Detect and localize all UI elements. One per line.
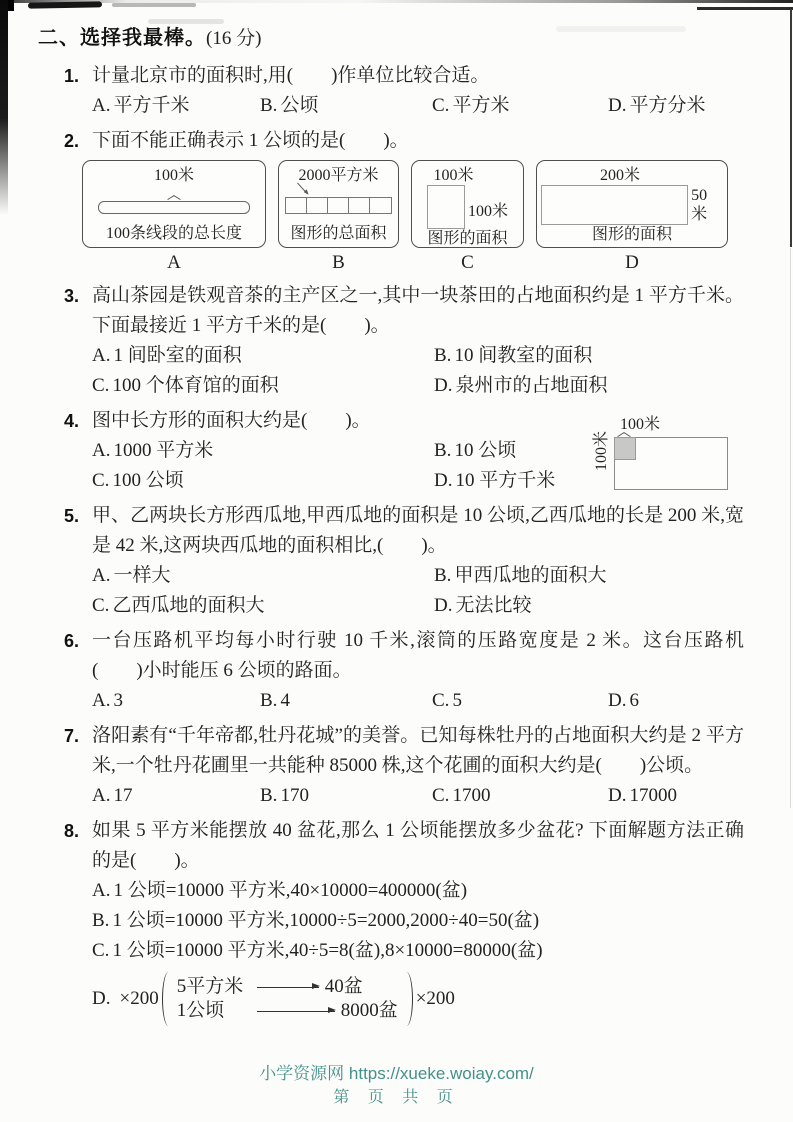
scan-artifact-top-right	[697, 7, 793, 10]
option-label: C.	[432, 95, 449, 116]
diagram-caption: 图形的面积	[592, 225, 672, 244]
option-c: C.100 公顷	[92, 466, 434, 496]
question-2: 2. 下面不能正确表示 1 公顷的是( )。 100米 100条线段的总长度 2…	[64, 126, 744, 276]
option-b: B.170	[260, 781, 432, 811]
option-label: B.	[434, 345, 451, 366]
grid-figure	[285, 197, 392, 214]
worksheet-page: 二、选择我最棒。(16 分) 1. 计量北京市的面积时,用( )作单位比较合适。…	[0, 0, 793, 1122]
option-text: 10 公顷	[454, 440, 516, 461]
scan-artifact-corner	[0, 0, 14, 11]
option-text: 10 平方千米	[455, 470, 555, 491]
question-6: 6. 一台压路机平均每小时行驶 10 千米,滚筒的压路宽度是 2 米。这台压路机…	[64, 626, 744, 716]
question-stem: 计量北京市的面积时,用( )作单位比较合适。	[92, 61, 744, 91]
diagram-letter: D	[536, 250, 728, 276]
question-8: 8. 如果 5 平方米能摆放 40 盆花,那么 1 公顷能摆放多少盆花? 下面解…	[64, 816, 744, 1026]
option-c: C.乙西瓜地的面积大	[92, 591, 434, 621]
question-7: 7. 洛阳素有“千年帝都,牡丹花城”的美誉。已知每株牡丹的占地面积大约是 2 平…	[64, 721, 744, 811]
option-c: C.平方米	[432, 91, 608, 121]
page-footer: 小学资源网 https://xueke.woiay.com/ 第 页 共 页	[0, 1062, 793, 1109]
arrow-right-icon	[257, 1011, 335, 1012]
question-5: 5. 甲、乙两块长方形西瓜地,甲西瓜地的面积是 10 公顷,乙西瓜地的长是 20…	[64, 501, 744, 621]
option-c: C.100 个体育馆的面积	[92, 371, 434, 401]
arrow-right-icon	[257, 987, 319, 988]
question-stem: 一台压路机平均每小时行驶 10 千米,滚筒的压路宽度是 2 米。这台压路机( )…	[92, 626, 744, 686]
option-text: 无法比较	[455, 595, 531, 616]
question-3: 3. 高山茶园是铁观音茶的主产区之一,其中一块茶田的占地面积约是 1 平方千米。…	[64, 281, 744, 401]
option-label: B.	[434, 440, 451, 461]
option-text: 平方分米	[629, 95, 705, 116]
option-label: C.	[92, 595, 109, 616]
question-number: 4.	[64, 406, 92, 496]
option-label: D.	[608, 785, 626, 806]
options-row: A.17 B.170 C.1700 D.17000	[92, 781, 744, 811]
option-label: C.	[432, 690, 449, 711]
grid-cell	[349, 198, 370, 213]
option-text: 17	[113, 785, 132, 806]
options-row: A.1 间卧室的面积 B.10 间教室的面积	[92, 341, 744, 371]
square-shape	[427, 185, 465, 229]
question-stem: 洛阳素有“千年帝都,牡丹花城”的美誉。已知每株牡丹的占地面积大约是 2 平方米,…	[92, 721, 744, 781]
section-title-text: 二、选择我最棒。	[38, 27, 206, 49]
diagram-side-label: 100米	[468, 203, 508, 229]
map-to: 40盆	[325, 975, 363, 999]
diagram-box-c: 100米 100米 图形的面积	[411, 160, 524, 248]
option-text: 6	[629, 690, 639, 711]
diagram-label: 200米	[600, 166, 640, 185]
option-b: B.1 公顷=10000 平方米,10000÷5=2000,2000÷40=50…	[92, 906, 744, 936]
options-row: A.3 B.4 C.5 D.6	[92, 686, 744, 716]
scan-artifact-left-edge	[0, 0, 8, 215]
rectangle-shape	[541, 185, 688, 225]
option-text: 1700	[452, 785, 490, 806]
option-a: A.平方千米	[92, 91, 260, 121]
diagram-letters-row: A B C D	[82, 250, 744, 276]
option-text: 平方千米	[113, 95, 189, 116]
option-text: 170	[280, 785, 309, 806]
option-a: A.17	[92, 781, 260, 811]
option-a: A.1 公顷=10000 平方米,40×10000=400000(盆)	[92, 876, 744, 906]
mapping-figure: 5平方米 40盆 1公顷 8000盆	[177, 975, 398, 1023]
option-text: 一样大	[113, 565, 170, 586]
options-row: C.100 个体育馆的面积 D.泉州市的占地面积	[92, 371, 744, 401]
diagram-caption: 图形的面积	[427, 229, 507, 248]
option-label: D.	[92, 987, 110, 1011]
option-label: D.	[608, 690, 626, 711]
option-label: A.	[92, 440, 110, 461]
option-label: D.	[434, 470, 452, 491]
section-title: 二、选择我最棒。(16 分)	[38, 24, 744, 53]
diagram-letter: B	[278, 250, 399, 276]
option-label: C.	[92, 470, 109, 491]
option-a: A.1000 平方米	[92, 436, 434, 466]
options-row: A.平方千米 B.公顷 C.平方米 D.平方分米	[92, 91, 744, 121]
option-label: C.	[432, 785, 449, 806]
options-row: C.乙西瓜地的面积大 D.无法比较	[92, 591, 744, 621]
left-paren-icon	[162, 972, 175, 1026]
brace-caret-icon	[168, 195, 180, 201]
answer-diagrams: 100米 100条线段的总长度 2000平方米	[82, 160, 744, 248]
option-label: B.	[92, 910, 109, 931]
option-label: B.	[260, 95, 277, 116]
worksheet-content: 二、选择我最棒。(16 分) 1. 计量北京市的面积时,用( )作单位比较合适。…	[38, 24, 744, 1031]
option-a: A.3	[92, 686, 260, 716]
option-label: C.	[92, 375, 109, 396]
option-label: A.	[92, 345, 110, 366]
option-b: B.4	[260, 686, 432, 716]
option-label: A.	[92, 880, 110, 901]
question-number: 6.	[64, 626, 92, 716]
option-label: C.	[92, 940, 109, 961]
option-text: 17000	[629, 785, 677, 806]
multiplier-right: ×200	[416, 987, 455, 1011]
option-label: A.	[92, 785, 110, 806]
square-figure: 100米	[427, 185, 508, 229]
option-text: 公顷	[280, 95, 318, 116]
scan-artifact-dash	[112, 3, 196, 7]
map-from: 1公顷	[177, 999, 257, 1023]
question-number: 3.	[64, 281, 92, 401]
option-c: C.1 公顷=10000 平方米,40÷5=8(盆),8×10000=80000…	[92, 936, 744, 966]
option-label: B.	[260, 690, 277, 711]
question-number: 8.	[64, 816, 92, 1026]
question-number: 5.	[64, 501, 92, 621]
option-b: B.公顷	[260, 91, 432, 121]
option-a: A.1 间卧室的面积	[92, 341, 434, 371]
multiplier-left: ×200	[119, 987, 158, 1011]
option-text: 平方米	[452, 95, 509, 116]
option-label: A.	[92, 95, 110, 116]
scan-artifact-dash	[28, 1, 102, 8]
option-text: 1000 平方米	[113, 440, 213, 461]
option-d: D. ×200 5平方米 40盆 1公顷 8000盆	[92, 972, 744, 1026]
diagram-box-a: 100米 100条线段的总长度	[82, 160, 266, 248]
map-to: 8000盆	[341, 999, 398, 1023]
option-text: 乙西瓜地的面积大	[112, 595, 264, 616]
rectangle-figure: 50米	[541, 185, 723, 225]
segment-bar	[98, 201, 250, 214]
gray-square-shape	[614, 437, 636, 460]
option-text: 甲西瓜地的面积大	[454, 565, 606, 586]
option-text: 1 公顷=10000 平方米,40÷5=8(盆),8×10000=80000(盆…	[112, 940, 542, 961]
option-c: C.1700	[432, 781, 608, 811]
option-label: B.	[434, 565, 451, 586]
grid-cell	[328, 198, 349, 213]
scan-artifact-right-edge	[790, 248, 791, 808]
option-d: D.无法比较	[434, 591, 532, 621]
option-b: B.甲西瓜地的面积大	[434, 561, 606, 591]
footer-page-indicator: 第 页 共 页	[0, 1087, 793, 1109]
option-b: B.10 间教室的面积	[434, 341, 592, 371]
option-text: 100 个体育馆的面积	[112, 375, 278, 396]
option-text: 1 公顷=10000 平方米,40×10000=400000(盆)	[113, 880, 467, 901]
option-text: 4	[280, 690, 290, 711]
option-label: D.	[608, 95, 626, 116]
option-label: B.	[260, 785, 277, 806]
grid-cell	[286, 198, 307, 213]
option-d: D.10 平方千米	[434, 466, 555, 496]
diagram-box-d: 200米 50米 图形的面积	[536, 160, 728, 248]
scan-artifact-top-edge	[0, 0, 793, 3]
question-stem: 如果 5 平方米能摆放 40 盆花,那么 1 公顷能摆放多少盆花? 下面解题方法…	[92, 816, 744, 876]
option-text: 100 公顷	[112, 470, 183, 491]
question-number: 1.	[64, 61, 92, 121]
diagram-caption: 图形的总面积	[290, 224, 386, 243]
right-paren-icon	[400, 972, 413, 1026]
diagram-letter: A	[82, 250, 266, 276]
mapping-row: 1公顷 8000盆	[177, 999, 398, 1023]
option-c: C.5	[432, 686, 608, 716]
diagram-caption: 100条线段的总长度	[106, 224, 242, 243]
diagram-box-b: 2000平方米 图形的总面积	[278, 160, 399, 248]
option-d: D.平方分米	[608, 91, 706, 121]
option-a: A.一样大	[92, 561, 434, 591]
option-label: D.	[434, 375, 452, 396]
question-1: 1. 计量北京市的面积时,用( )作单位比较合适。 A.平方千米 B.公顷 C.…	[64, 61, 744, 121]
option-d: D.泉州市的占地面积	[434, 371, 608, 401]
diagram-letter: C	[411, 250, 524, 276]
diagram-label: 100米	[433, 166, 473, 185]
question-stem: 甲、乙两块长方形西瓜地,甲西瓜地的面积是 10 公顷,乙西瓜地的长是 200 米…	[92, 501, 744, 561]
diagram-label: 2000平方米	[298, 166, 378, 185]
mapping-row: 5平方米 40盆	[177, 975, 398, 999]
option-text: 10 间教室的面积	[454, 345, 592, 366]
grid-cell	[307, 198, 328, 213]
grid-cell	[370, 198, 391, 213]
option-label: A.	[92, 690, 110, 711]
question-4: 4. 图中长方形的面积大约是( )。 A.1000 平方米 B.10 公顷 C.…	[64, 406, 744, 496]
question-number: 7.	[64, 721, 92, 811]
question-stem: 高山茶园是铁观音茶的主产区之一,其中一块茶田的占地面积约是 1 平方千米。下面最…	[92, 281, 744, 341]
option-b: B.10 公顷	[434, 436, 516, 466]
option-d: D.17000	[608, 781, 677, 811]
map-from: 5平方米	[177, 975, 257, 999]
option-text: 1 间卧室的面积	[113, 345, 241, 366]
question-stem: 下面不能正确表示 1 公顷的是( )。	[92, 126, 744, 156]
option-label: D.	[434, 595, 452, 616]
option-d: D.6	[608, 686, 639, 716]
option-label: A.	[92, 565, 110, 586]
option-text: 5	[452, 690, 462, 711]
option-text: 1 公顷=10000 平方米,10000÷5=2000,2000÷40=50(盆…	[112, 910, 539, 931]
diagram-left-label: 100米	[593, 428, 611, 474]
section-score: (16 分)	[206, 28, 261, 49]
diagram-side-label: 50米	[691, 186, 723, 224]
option-text: 泉州市的占地面积	[455, 375, 607, 396]
segment-figure	[98, 195, 250, 214]
scan-artifact-right-edge	[790, 9, 792, 247]
footer-site-url: 小学资源网 https://xueke.woiay.com/	[0, 1062, 793, 1086]
options-row: A.一样大 B.甲西瓜地的面积大	[92, 561, 744, 591]
option-text: 3	[113, 690, 123, 711]
rectangle-area-diagram: 100米 100米	[594, 416, 742, 498]
diagram-label: 100米	[154, 166, 194, 185]
